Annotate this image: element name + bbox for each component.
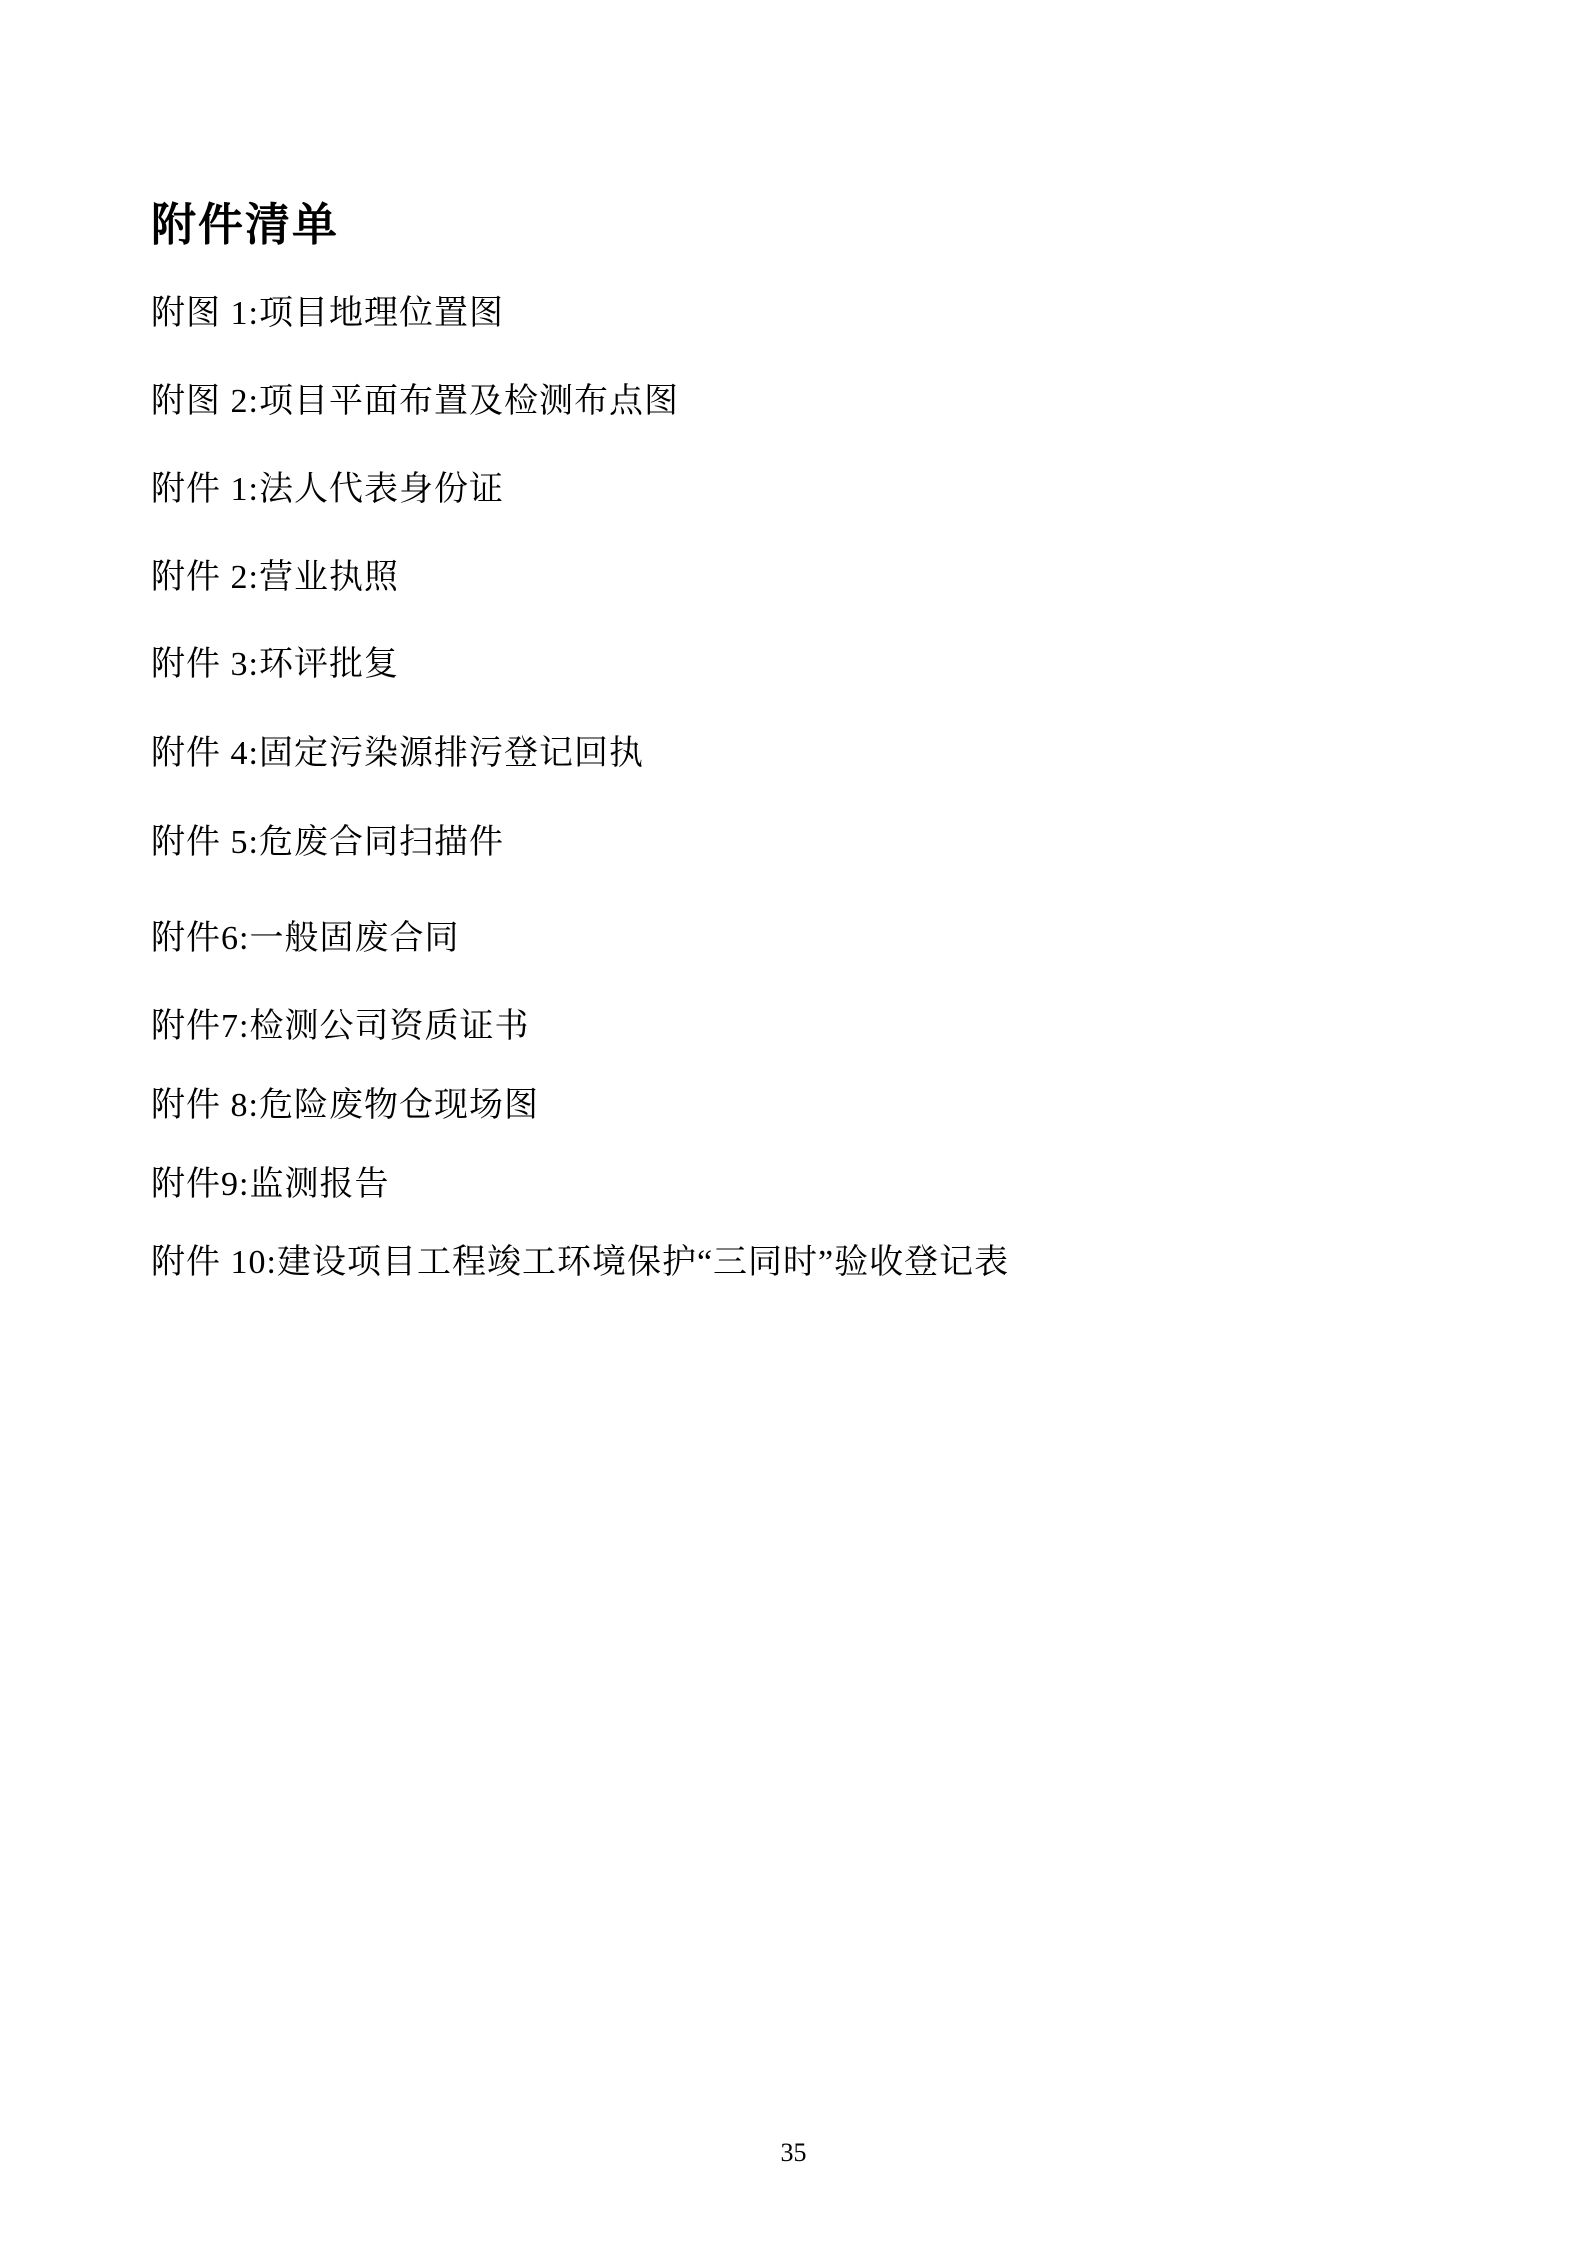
page-title: 附件清单 — [151, 188, 339, 253]
attachment-item-figure-2: 附图 2:项目平面布置及检测布点图 — [151, 373, 679, 422]
attachment-item-5: 附件 5:危废合同扫描件 — [151, 814, 504, 863]
attachment-item-4: 附件 4:固定污染源排污登记回执 — [151, 725, 644, 774]
page-number: 35 — [0, 2138, 1587, 2168]
attachment-item-1: 附件 1:法人代表身份证 — [151, 461, 504, 510]
attachment-item-7: 附件7:检测公司资质证书 — [151, 998, 529, 1047]
attachment-item-8: 附件 8:危险废物仓现场图 — [151, 1077, 539, 1126]
attachment-item-3: 附件 3:环评批复 — [151, 636, 399, 685]
attachment-item-2: 附件 2:营业执照 — [151, 549, 399, 598]
attachment-item-9: 附件9:监测报告 — [151, 1156, 389, 1205]
attachment-item-figure-1: 附图 1:项目地理位置图 — [151, 285, 504, 334]
attachment-item-6: 附件6:一般固废合同 — [151, 910, 459, 959]
attachment-item-10: 附件 10:建设项目工程竣工环境保护“三同时”验收登记表 — [151, 1234, 1009, 1283]
document-page: 附件清单 附图 1:项目地理位置图 附图 2:项目平面布置及检测布点图 附件 1… — [0, 0, 1587, 2245]
